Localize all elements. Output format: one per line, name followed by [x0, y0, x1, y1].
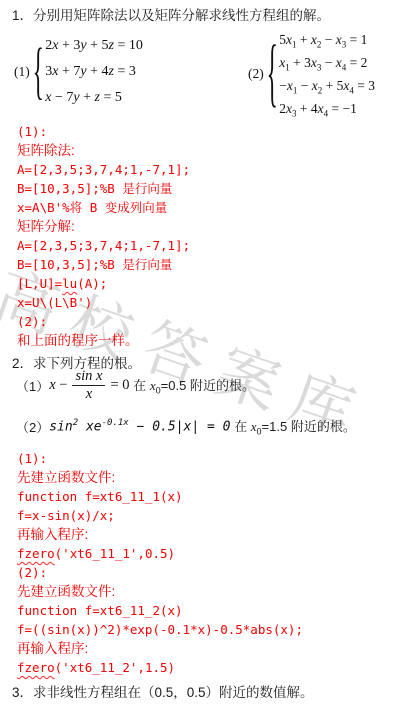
- answer-part-label: (1):: [17, 449, 303, 468]
- answer-comment: 先建立函数文件:: [17, 468, 303, 487]
- equation: −x1 − x2 + 5x4 = 3: [279, 74, 375, 97]
- system1-equations: 2x + 3y + 5z = 10 3x + 7y + 4z = 3 x − 7…: [45, 33, 143, 111]
- matlab-code-line: B=[10,3,5];%B 是行向量: [17, 179, 190, 198]
- answer-part-label: (2):: [17, 563, 303, 582]
- answer-comment: 先建立函数文件:: [17, 582, 303, 601]
- answer-part-label: (2):: [17, 312, 190, 331]
- math-expression: = 0: [110, 377, 129, 394]
- left-brace: {: [266, 36, 277, 113]
- problem1-title: 1．分别用矩阵除法以及矩阵分解求线性方程组的解。: [12, 4, 330, 24]
- matlab-code-line: fzero('xt6_11_1',0.5): [17, 544, 303, 563]
- document-page: 1．分别用矩阵除法以及矩阵分解求线性方程组的解。 (1) { 2x + 3y +…: [0, 0, 408, 709]
- problem2-item2: （2） sin2 xe-0.1x − 0.5|x| = 0 在 x0=1.5 附…: [16, 414, 356, 438]
- item-label: （2）: [16, 417, 49, 436]
- matlab-code-line: x=A\B'%将 B 变成列向量: [17, 198, 190, 217]
- matlab-code-line: function f=xt6_11_1(x): [17, 487, 303, 506]
- condition-text: 在 x0=1.5 附近的根。: [230, 416, 355, 437]
- equation: 3x + 7y + 4z = 3: [45, 59, 143, 85]
- matlab-code-line: B=[10,3,5];%B 是行向量: [17, 255, 190, 274]
- answer-part-label: (1):: [17, 122, 190, 141]
- matlab-code-line: [L,U]=lu(A);: [17, 274, 190, 293]
- problem2-item1: （1） x − sin x x = 0 在 x0=0.5 附近的根。: [16, 364, 255, 406]
- problem2-answer-block: (1): 先建立函数文件: function f=xt6_11_1(x) f=x…: [17, 449, 303, 677]
- fraction-denominator: x: [86, 386, 92, 403]
- problem3-title: 3．求非线性方程组在（0.5，0.5）附近的数值解。: [12, 681, 314, 701]
- answer-comment: 和上面的程序一样。: [17, 331, 190, 350]
- matlab-code-line: fzero('xt6_11_2',1.5): [17, 658, 303, 677]
- answer-comment: 矩阵除法:: [17, 141, 190, 160]
- system2-equations: 5x1 + x2 − x3 = 1 x1 + 3x3 − x4 = 2 −x1 …: [279, 28, 375, 120]
- math-expression: sin2 xe-0.1x − 0.5|x| = 0: [49, 418, 230, 434]
- equation: 2x3 + 4x4 = −1: [279, 97, 375, 120]
- equation-system-2: (2) { 5x1 + x2 − x3 = 1 x1 + 3x3 − x4 = …: [248, 28, 375, 120]
- item-label: （1）: [16, 376, 49, 395]
- matlab-code-line: f=x-sin(x)/x;: [17, 506, 303, 525]
- condition-text: 在 x0=0.5 附近的根。: [130, 375, 255, 396]
- answer-comment: 再输入程序:: [17, 639, 303, 658]
- matlab-code-line: x=U\(L\B'): [17, 293, 190, 312]
- equation: 2x + 3y + 5z = 10: [45, 33, 143, 59]
- matlab-code-line: A=[2,3,5;3,7,4;1,-7,1];: [17, 236, 190, 255]
- matlab-code-line: f=((sin(x))^2)*exp(-0.1*x)-0.5*abs(x);: [17, 620, 303, 639]
- equation: x1 + 3x3 − x4 = 2: [279, 51, 375, 74]
- system1-label: (1): [14, 64, 30, 80]
- left-brace: {: [32, 40, 43, 104]
- problem1-answer-block: (1): 矩阵除法: A=[2,3,5;3,7,4;1,-7,1]; B=[10…: [17, 122, 190, 350]
- math-expression: x −: [49, 377, 67, 394]
- system2-label: (2): [248, 66, 264, 82]
- equation: 5x1 + x2 − x3 = 1: [279, 28, 375, 51]
- matlab-code-line: function f=xt6_11_2(x): [17, 601, 303, 620]
- fraction: sin x x: [72, 368, 105, 403]
- matlab-code-line: A=[2,3,5;3,7,4;1,-7,1];: [17, 160, 190, 179]
- equation-system-1: (1) { 2x + 3y + 5z = 10 3x + 7y + 4z = 3…: [14, 33, 143, 111]
- equation: x − 7y + z = 5: [45, 85, 143, 111]
- answer-comment: 再输入程序:: [17, 525, 303, 544]
- fraction-numerator: sin x: [72, 368, 105, 386]
- answer-comment: 矩阵分解:: [17, 217, 190, 236]
